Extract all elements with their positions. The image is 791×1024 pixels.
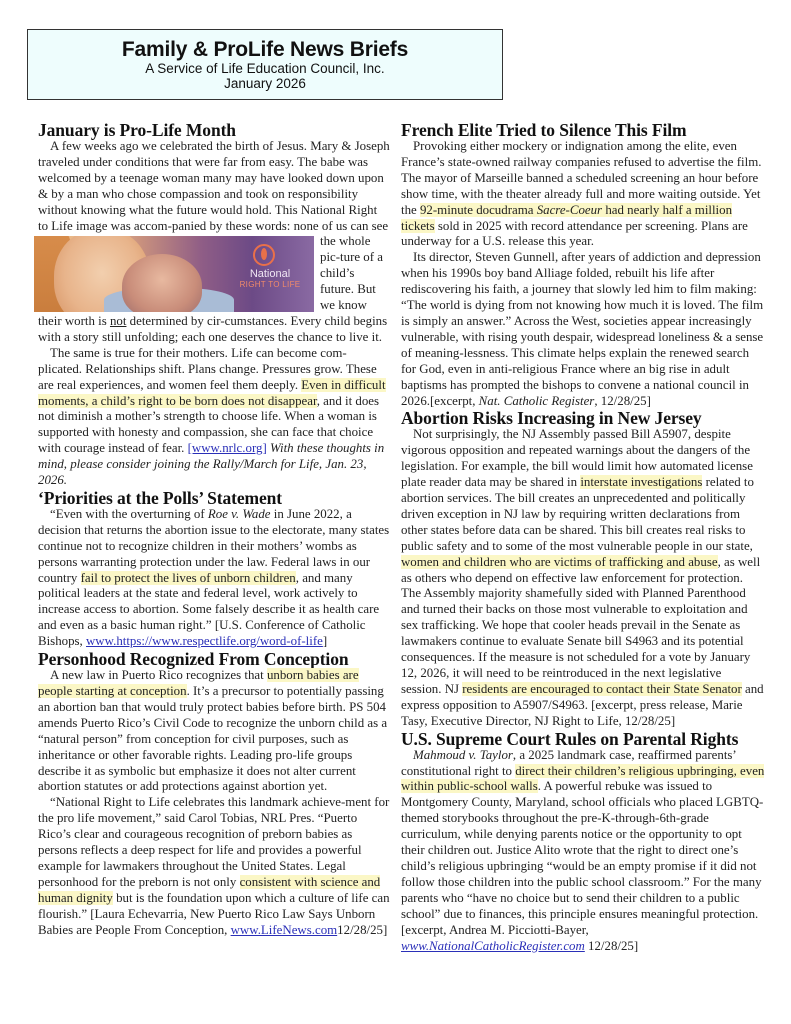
highlighted-text: residents are encouraged to contact thei… bbox=[462, 682, 742, 696]
newsletter-date: January 2026 bbox=[28, 76, 502, 91]
nrlc-mother-baby-image: NationalRIGHT TO LIFE bbox=[34, 236, 314, 312]
source-name: Nat. Catholic Register bbox=[479, 394, 595, 408]
article-supreme-court-parental-rights: U.S. Supreme Court Rules on Parental Rig… bbox=[401, 730, 765, 955]
baby-shape bbox=[122, 254, 202, 312]
emphasized-not: not bbox=[110, 314, 126, 328]
newsletter-subtitle: A Service of Life Education Council, Inc… bbox=[28, 61, 502, 76]
text: 12/28/25] bbox=[585, 939, 638, 953]
lifenews-link[interactable]: www.LifeNews.com bbox=[231, 923, 338, 937]
article-abortion-risks-nj: Abortion Risks Increasing in New Jersey … bbox=[401, 409, 765, 729]
article-french-elite: French Elite Tried to Silence This Film … bbox=[401, 121, 765, 409]
article-personhood-recognized: Personhood Recognized From Conception A … bbox=[38, 650, 390, 938]
article-paragraph: Its director, Steven Gunnell, after year… bbox=[401, 250, 765, 409]
text: 92-minute docudrama bbox=[420, 203, 537, 217]
article-january-pro-life-month-body: January is Pro-Life Month A few weeks ag… bbox=[38, 121, 390, 489]
case-name: Roe v. Wade bbox=[208, 507, 271, 521]
text: “Even with the overturning of bbox=[50, 507, 208, 521]
text: ] bbox=[323, 634, 327, 648]
text: . A powerful rebuke was issued to Montgo… bbox=[401, 779, 763, 936]
ncregister-link[interactable]: www.NationalCatholicRegister.com bbox=[401, 939, 585, 953]
highlighted-text: women and children who are victims of tr… bbox=[401, 555, 718, 569]
text: , as well as others who depend on effect… bbox=[401, 555, 760, 696]
article-headline: Abortion Risks Increasing in New Jersey bbox=[401, 409, 765, 427]
article-paragraph: A few weeks ago we celebrated the birth … bbox=[38, 139, 390, 346]
text: 12/28/25] bbox=[337, 923, 387, 937]
text: Its director, Steven Gunnell, after year… bbox=[401, 250, 763, 407]
text: sold in 2025 with record attendance per … bbox=[401, 219, 748, 249]
article-headline: U.S. Supreme Court Rules on Parental Rig… bbox=[401, 730, 765, 748]
flame-icon bbox=[253, 244, 275, 266]
left-column-content: January is Pro-Life Month A few weeks ag… bbox=[38, 121, 390, 939]
article-paragraph: Provoking either mockery or indignation … bbox=[401, 139, 765, 250]
nrlc-logo: NationalRIGHT TO LIFE bbox=[224, 244, 304, 289]
logo-text-national: National bbox=[224, 268, 304, 280]
nrlc-link[interactable]: [www.nrlc.org] bbox=[188, 441, 267, 455]
film-title: Sacre-Coeur bbox=[537, 203, 602, 217]
highlighted-text: fail to protect the lives of unborn chil… bbox=[81, 571, 296, 585]
highlighted-text: interstate investigations bbox=[580, 475, 702, 489]
respectlife-link[interactable]: www.https://www.respectlife.org/word-of-… bbox=[86, 634, 323, 648]
article-headline: ‘Priorities at the Polls’ Statement bbox=[38, 489, 390, 507]
article-headline: January is Pro-Life Month bbox=[38, 121, 390, 139]
case-name: Mahmoud v. Taylor bbox=[413, 748, 513, 762]
article-paragraph: Mahmoud v. Taylor, a 2025 landmark case,… bbox=[401, 748, 765, 955]
right-column: French Elite Tried to Silence This Film … bbox=[401, 121, 765, 954]
article-headline: Personhood Recognized From Conception bbox=[38, 650, 390, 668]
article-headline: French Elite Tried to Silence This Film bbox=[401, 121, 765, 139]
text: , 12/28/25] bbox=[594, 394, 651, 408]
text: A new law in Puerto Rico recognizes that bbox=[50, 668, 267, 682]
article-paragraph: “Even with the overturning of Roe v. Wad… bbox=[38, 507, 390, 650]
logo-text-rtl: RIGHT TO LIFE bbox=[224, 280, 304, 289]
newsletter-title: Family & ProLife News Briefs bbox=[28, 39, 502, 61]
article-paragraph: The same is true for their mothers. Life… bbox=[38, 346, 390, 489]
masthead: Family & ProLife News Briefs A Service o… bbox=[27, 29, 503, 100]
article-paragraph: “National Right to Life celebrates this … bbox=[38, 795, 390, 938]
text: . It’s a precursor to potentially passin… bbox=[38, 684, 387, 793]
article-priorities-at-the-polls: ‘Priorities at the Polls’ Statement “Eve… bbox=[38, 489, 390, 650]
article-paragraph: Not surprisingly, the NJ Assembly passed… bbox=[401, 427, 765, 729]
article-paragraph: A new law in Puerto Rico recognizes that… bbox=[38, 668, 390, 795]
